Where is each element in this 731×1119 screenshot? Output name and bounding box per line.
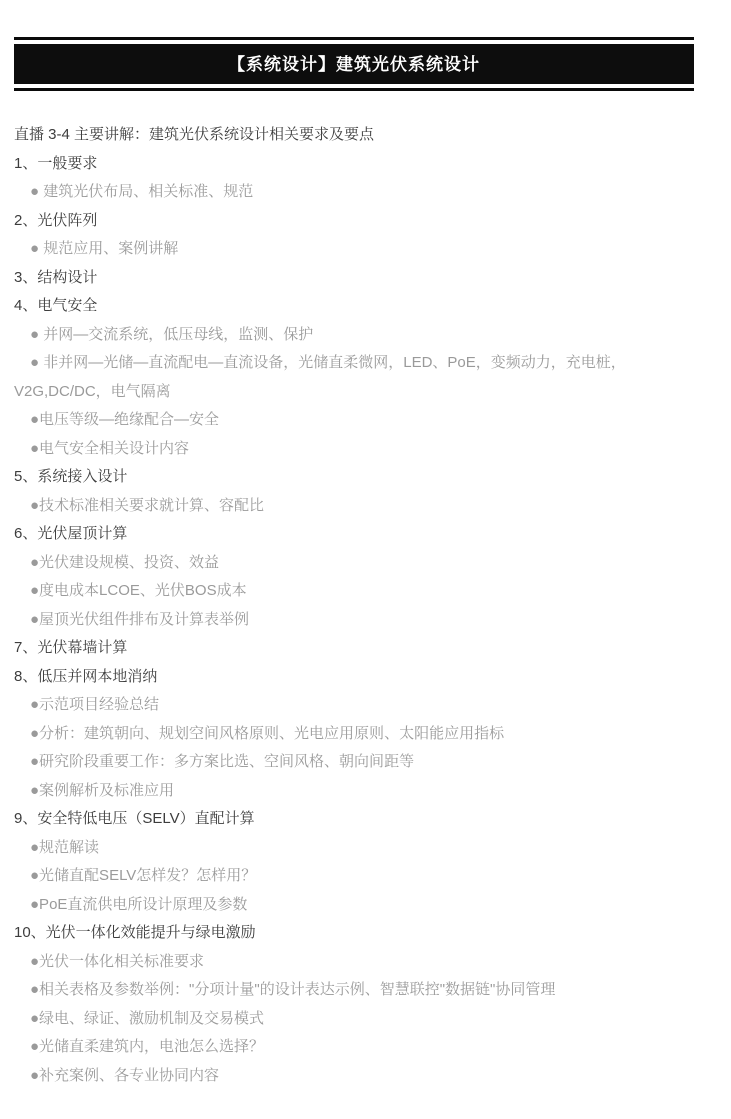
outline-bullet: ● 规范应用、案例讲解 (14, 235, 694, 264)
outline-heading: 10、光伏一体化效能提升与绿电激励 (14, 919, 694, 948)
outline-heading: 3、结构设计 (14, 264, 694, 293)
outline-bullet: ●研究阶段重要工作：多方案比选、空间风格、朝向间距等 (14, 748, 694, 777)
outline-list: 1、一般要求 ● 建筑光伏布局、相关标准、规范 2、光伏阵列 ● 规范应用、案例… (14, 150, 694, 1091)
outline-bullet: ●光储直配SELV怎样发？怎样用？ (14, 862, 694, 891)
outline-bullet: ●示范项目经验总结 (14, 691, 694, 720)
outline-bullet: ●电压等级—绝缘配合—安全 (14, 406, 694, 435)
outline-bullet: ●规范解读 (14, 834, 694, 863)
outline-bullet: ●相关表格及参数举例："分项计量"的设计表达示例、智慧联控"数据链"协同管理 (14, 976, 694, 1005)
title-banner: 【系统设计】建筑光伏系统设计 (14, 44, 694, 84)
article-page: 【系统设计】建筑光伏系统设计 直播 3-4 主要讲解：建筑光伏系统设计相关要求及… (0, 0, 731, 1119)
title-banner-block: 【系统设计】建筑光伏系统设计 (14, 37, 694, 91)
banner-bottom-rule (14, 88, 694, 91)
content-column: 【系统设计】建筑光伏系统设计 直播 3-4 主要讲解：建筑光伏系统设计相关要求及… (14, 37, 694, 1090)
outline-heading: 9、安全特低电压（SELV）直配计算 (14, 805, 694, 834)
outline-heading: 8、低压并网本地消纳 (14, 663, 694, 692)
outline-bullet: ● 并网—交流系统，低压母线，监测、保护 (14, 321, 694, 350)
outline-heading: 2、光伏阵列 (14, 207, 694, 236)
outline-bullet: ● 建筑光伏布局、相关标准、规范 (14, 178, 694, 207)
outline-heading: 4、电气安全 (14, 292, 694, 321)
outline-heading: 5、系统接入设计 (14, 463, 694, 492)
page-title: 【系统设计】建筑光伏系统设计 (228, 56, 480, 73)
outline-bullet: ●光伏一体化相关标准要求 (14, 948, 694, 977)
outline-bullet: ● 非并网—光储—直流配电—直流设备，光储直柔微网，LED、PoE，变频动力，充… (14, 349, 694, 406)
outline-bullet: ●分析：建筑朝向、规划空间风格原则、光电应用原则、太阳能应用指标 (14, 720, 694, 749)
outline-content: 直播 3-4 主要讲解：建筑光伏系统设计相关要求及要点 1、一般要求 ● 建筑光… (14, 121, 694, 1090)
outline-bullet: ●补充案例、各专业协同内容 (14, 1062, 694, 1091)
intro-line: 直播 3-4 主要讲解：建筑光伏系统设计相关要求及要点 (14, 121, 694, 150)
outline-bullet: ●PoE直流供电所设计原理及参数 (14, 891, 694, 920)
outline-heading: 1、一般要求 (14, 150, 694, 179)
outline-bullet: ●度电成本LCOE、光伏BOS成本 (14, 577, 694, 606)
outline-bullet: ●光伏建设规模、投资、效益 (14, 549, 694, 578)
outline-bullet: ●屋顶光伏组件排布及计算表举例 (14, 606, 694, 635)
outline-bullet: ●绿电、绿证、激励机制及交易模式 (14, 1005, 694, 1034)
outline-bullet: ●案例解析及标准应用 (14, 777, 694, 806)
outline-bullet: ●电气安全相关设计内容 (14, 435, 694, 464)
outline-bullet: ●技术标准相关要求就计算、容配比 (14, 492, 694, 521)
outline-bullet: ●光储直柔建筑内，电池怎么选择？ (14, 1033, 694, 1062)
outline-heading: 6、光伏屋顶计算 (14, 520, 694, 549)
outline-heading: 7、光伏幕墙计算 (14, 634, 694, 663)
